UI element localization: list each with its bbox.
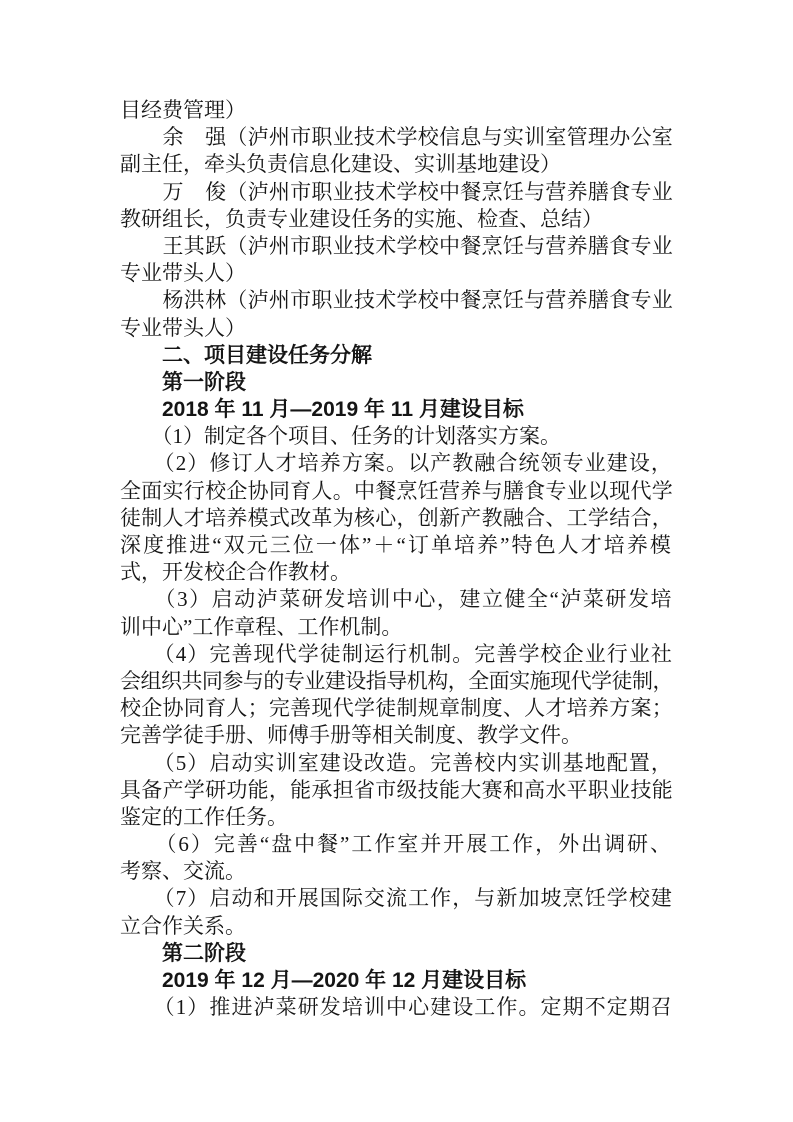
text-line: 具备产学研功能，能承担省市级技能大赛和高水平职业技能 [120,777,673,804]
text-line: 专业带头人） [120,315,673,342]
body-paragraph: （7）启动和开展国际交流工作，与新加坡烹饪学校建立合作关系。 [120,885,673,939]
text-line: （6）完善“盘中餐”工作室并开展工作，外出调研、 [120,831,673,858]
text-line: （7）启动和开展国际交流工作，与新加坡烹饪学校建 [120,885,673,912]
text-line: （1）制定各个项目、任务的计划落实方案。 [120,423,673,450]
body-paragraph: 万 俊（泸州市职业技术学校中餐烹饪与营养膳食专业教研组长，负责专业建设任务的实施… [120,179,673,233]
text-line: 式，开发校企合作教材。 [120,559,673,586]
body-paragraph: （2）修订人才培养方案。以产教融合统领专业建设，全面实行校企协同育人。中餐烹饪营… [120,450,673,586]
document-content: 目经费管理） 余 强（泸州市职业技术学校信息与实训室管理办公室副主任，牵头负责信… [120,97,673,1021]
text-line: 全面实行校企协同育人。中餐烹饪营养与膳食专业以现代学 [120,478,673,505]
text-line: 会组织共同参与的专业建设指导机构，全面实施现代学徒制， [120,668,673,695]
heading-paragraph: 二、项目建设任务分解 [120,342,673,369]
text-line: 副主任，牵头负责信息化建设、实训基地建设） [120,151,673,178]
document-page: 目经费管理） 余 强（泸州市职业技术学校信息与实训室管理办公室副主任，牵头负责信… [0,0,793,1122]
text-line: 完善学徒手册、师傅手册等相关制度、教学文件。 [120,722,673,749]
heading-paragraph: 第二阶段 [120,940,673,967]
text-line: 第一阶段 [120,369,673,396]
text-line: 二、项目建设任务分解 [120,342,673,369]
heading-paragraph: 第一阶段 [120,369,673,396]
text-line: 教研组长，负责专业建设任务的实施、检查、总结） [120,206,673,233]
text-line: 校企协同育人；完善现代学徒制规章制度、人才培养方案； [120,695,673,722]
text-line: 余 强（泸州市职业技术学校信息与实训室管理办公室 [120,124,673,151]
text-line: 目经费管理） [120,97,673,124]
text-line: （5）启动实训室建设改造。完善校内实训基地配置， [120,750,673,777]
text-line: （2）修订人才培养方案。以产教融合统领专业建设， [120,450,673,477]
text-line: 万 俊（泸州市职业技术学校中餐烹饪与营养膳食专业 [120,179,673,206]
body-paragraph: （1）推进泸菜研发培训中心建设工作。定期不定期召 [120,994,673,1021]
body-paragraph: （6）完善“盘中餐”工作室并开展工作，外出调研、考察、交流。 [120,831,673,885]
text-line: 鉴定的工作任务。 [120,804,673,831]
body-paragraph: 目经费管理） [120,97,673,124]
text-line: （4）完善现代学徒制运行机制。完善学校企业行业社 [120,641,673,668]
body-paragraph: 余 强（泸州市职业技术学校信息与实训室管理办公室副主任，牵头负责信息化建设、实训… [120,124,673,178]
heading-paragraph: 2018 年 11 月—2019 年 11 月建设目标 [120,396,673,423]
text-line: 2018 年 11 月—2019 年 11 月建设目标 [120,396,673,423]
body-paragraph: 王其跃（泸州市职业技术学校中餐烹饪与营养膳食专业专业带头人） [120,233,673,287]
body-paragraph: （5）启动实训室建设改造。完善校内实训基地配置，具备产学研功能，能承担省市级技能… [120,750,673,832]
text-line: 考察、交流。 [120,858,673,885]
text-line: 第二阶段 [120,940,673,967]
text-line: 训中心”工作章程、工作机制。 [120,614,673,641]
heading-paragraph: 2019 年 12 月—2020 年 12 月建设目标 [120,967,673,994]
body-paragraph: 杨洪林（泸州市职业技术学校中餐烹饪与营养膳食专业专业带头人） [120,287,673,341]
body-paragraph: （1）制定各个项目、任务的计划落实方案。 [120,423,673,450]
text-line: 2019 年 12 月—2020 年 12 月建设目标 [120,967,673,994]
text-line: （3）启动泸菜研发培训中心，建立健全“泸菜研发培 [120,586,673,613]
text-line: 杨洪林（泸州市职业技术学校中餐烹饪与营养膳食专业 [120,287,673,314]
text-line: 深度推进“双元三位一体”＋“订单培养”特色人才培养模 [120,532,673,559]
body-paragraph: （4）完善现代学徒制运行机制。完善学校企业行业社会组织共同参与的专业建设指导机构… [120,641,673,750]
text-line: 徒制人才培养模式改革为核心，创新产教融合、工学结合， [120,505,673,532]
body-paragraph: （3）启动泸菜研发培训中心，建立健全“泸菜研发培训中心”工作章程、工作机制。 [120,586,673,640]
text-line: 专业带头人） [120,260,673,287]
text-line: 立合作关系。 [120,913,673,940]
text-line: （1）推进泸菜研发培训中心建设工作。定期不定期召 [120,994,673,1021]
text-line: 王其跃（泸州市职业技术学校中餐烹饪与营养膳食专业 [120,233,673,260]
